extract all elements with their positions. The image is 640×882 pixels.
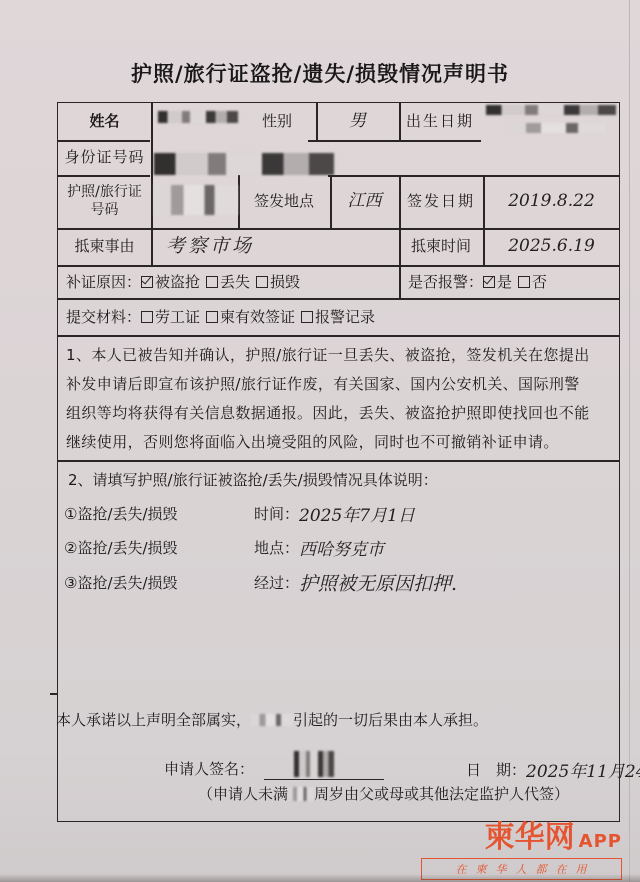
column-divider xyxy=(151,103,153,265)
reissue-reason-lost-label: 丢失 xyxy=(220,271,250,292)
reissue-reason-stolen-label: 被盗抢 xyxy=(155,271,200,292)
promise-after: 引起的一切后果由本人承担。 xyxy=(293,709,488,730)
materials-visa-checkbox[interactable] xyxy=(206,311,218,323)
promise-before: 本人承诺以上声明全部属实， xyxy=(56,709,251,730)
name-value-redacted xyxy=(158,111,238,123)
row-divider xyxy=(308,140,481,142)
police-report-yes-checkbox[interactable] xyxy=(483,276,495,288)
bottom-shadow xyxy=(0,874,640,882)
declaration-form: 姓名 性别 男 出生日期 身份证号码 护照/旅行证 号码 签发地点 江西 签发日… xyxy=(57,102,620,822)
police-report-no-checkbox[interactable] xyxy=(518,276,530,288)
police-report-group: 是否报警： 是 否 xyxy=(408,265,547,298)
passport-number-label-line2: 号码 xyxy=(91,202,119,220)
passport-number-label: 护照/旅行证 号码 xyxy=(58,175,151,228)
materials-police-record-label: 报警记录 xyxy=(315,306,375,327)
signature-label: 申请人签名： xyxy=(164,758,254,779)
materials-label: 提交材料： xyxy=(66,306,141,327)
notice-line: 组织等均将获得有关信息数据通报。因此，丢失、被盗抢护照即使找回也不能 xyxy=(66,399,609,428)
guardian-note-before: （申请人未满 xyxy=(198,783,288,804)
date-value: 2025年11月24日 xyxy=(526,757,640,782)
police-report-yes-label: 是 xyxy=(497,271,512,292)
reissue-reason-group: 补证原因： 被盗抢 丢失 损毁 xyxy=(66,265,300,298)
watermark-app: APP xyxy=(579,831,622,852)
notice-paragraph: 1、本人已被告知并确认，护照/旅行证一旦丢失、被盗抢，签发机关在您提出 补发申请… xyxy=(66,341,609,457)
guardian-note-after: 周岁由父或母或其他法定监护人代签） xyxy=(314,783,569,804)
detail-place-value: 西哈努克市 xyxy=(299,535,384,560)
materials-labor-permit-checkbox[interactable] xyxy=(141,311,153,323)
notice-line: 1、本人已被告知并确认，护照/旅行证一旦丢失、被盗抢，签发机关在您提出 xyxy=(66,341,609,370)
detail-time: ①盗抢/丢失/损毁 时间： 2025年7月1日 xyxy=(64,501,415,526)
police-report-no-label: 否 xyxy=(532,271,547,292)
passport-number-label-line1: 护照/旅行证 xyxy=(67,184,142,202)
notice-line: 继续使用，否则您将面临入出境受阻的风险，同时也不可撤销补证申请。 xyxy=(66,428,609,457)
reissue-reason-damaged-checkbox[interactable] xyxy=(256,276,268,288)
name-label: 姓名 xyxy=(58,103,151,140)
paper-edge xyxy=(629,0,630,882)
passport-number-value-redacted xyxy=(154,185,238,215)
promise-statement: 本人承诺以上声明全部属实， 引起的一切后果由本人承担。 xyxy=(56,709,488,730)
guardian-note: （申请人未满 周岁由父或母或其他法定监护人代签） xyxy=(198,783,569,804)
detail-place: ②盗抢/丢失/损毁 地点： 西哈努克市 xyxy=(64,535,384,560)
birth-date-value-redacted xyxy=(506,123,606,133)
row-divider xyxy=(58,335,620,337)
watermark-name: 柬华网 xyxy=(485,812,575,856)
reissue-reason-label: 补证原因： xyxy=(66,271,141,292)
birth-date-value-redacted xyxy=(486,105,616,115)
arrival-date-value: 2025.6.19 xyxy=(483,228,620,265)
birth-date-label: 出生日期 xyxy=(399,103,481,140)
document-title: 护照/旅行证盗抢/遗失/损毁情况声明书 xyxy=(0,58,640,88)
reissue-reason-damaged-label: 损毁 xyxy=(270,271,300,292)
arrival-reason-value: 考察市场 xyxy=(158,228,398,265)
detail-circumstance: ③盗抢/丢失/损毁 经过： 护照被无原因扣押. xyxy=(64,569,457,596)
detail-time-value: 2025年7月1日 xyxy=(299,501,415,526)
detail-place-label: 地点： xyxy=(254,537,299,558)
detail-circumstance-label: 经过： xyxy=(254,572,299,593)
signature-value-redacted xyxy=(294,751,334,777)
reissue-reason-stolen-checkbox[interactable] xyxy=(141,276,153,288)
police-report-label: 是否报警： xyxy=(408,271,483,292)
promise-redacted xyxy=(251,714,293,726)
gender-label: 性别 xyxy=(238,103,316,140)
issue-date-value: 2019.8.22 xyxy=(483,175,620,228)
row-divider xyxy=(58,460,620,462)
date-label: 日 期： xyxy=(466,759,526,780)
guardian-note-redacted xyxy=(288,787,314,801)
materials-labor-permit-label: 劳工证 xyxy=(155,306,200,327)
arrival-reason-label: 抵柬事由 xyxy=(58,228,151,265)
issue-place-value: 江西 xyxy=(330,175,399,228)
materials-group: 提交材料： 劳工证 柬有效签证 报警记录 xyxy=(66,298,375,335)
signature-field[interactable] xyxy=(264,757,384,780)
detail-circumstance-value: 护照被无原因扣押. xyxy=(299,569,457,596)
detail-circumstance-prefix: ③盗抢/丢失/损毁 xyxy=(64,572,254,593)
details-heading: 2、请填写护照/旅行证被盗抢/丢失/损毁情况具体说明： xyxy=(68,469,438,490)
row-divider xyxy=(50,693,58,695)
issue-place-label: 签发地点 xyxy=(238,175,330,228)
signature-row: 申请人签名： xyxy=(164,757,384,780)
materials-visa-label: 柬有效签证 xyxy=(220,306,295,327)
issue-date-label: 签发日期 xyxy=(399,175,483,228)
detail-time-prefix: ①盗抢/丢失/损毁 xyxy=(64,503,254,524)
notice-line: 补发申请后即宣布该护照/旅行证作废，有关国家、国内公安机关、国际刑警 xyxy=(66,370,609,399)
arrival-date-label: 抵柬时间 xyxy=(399,228,483,265)
date-row: 日 期： 2025年11月24日 xyxy=(466,757,640,782)
reissue-reason-lost-checkbox[interactable] xyxy=(206,276,218,288)
id-number-value-redacted xyxy=(154,153,334,175)
watermark: 柬华网 APP 在柬华人都在用 xyxy=(407,812,622,880)
materials-police-record-checkbox[interactable] xyxy=(301,311,313,323)
watermark-brand: 柬华网 APP xyxy=(407,812,622,856)
detail-place-prefix: ②盗抢/丢失/损毁 xyxy=(64,537,254,558)
id-number-label: 身份证号码 xyxy=(58,140,151,175)
detail-time-label: 时间： xyxy=(254,503,299,524)
gender-value: 男 xyxy=(316,103,399,140)
